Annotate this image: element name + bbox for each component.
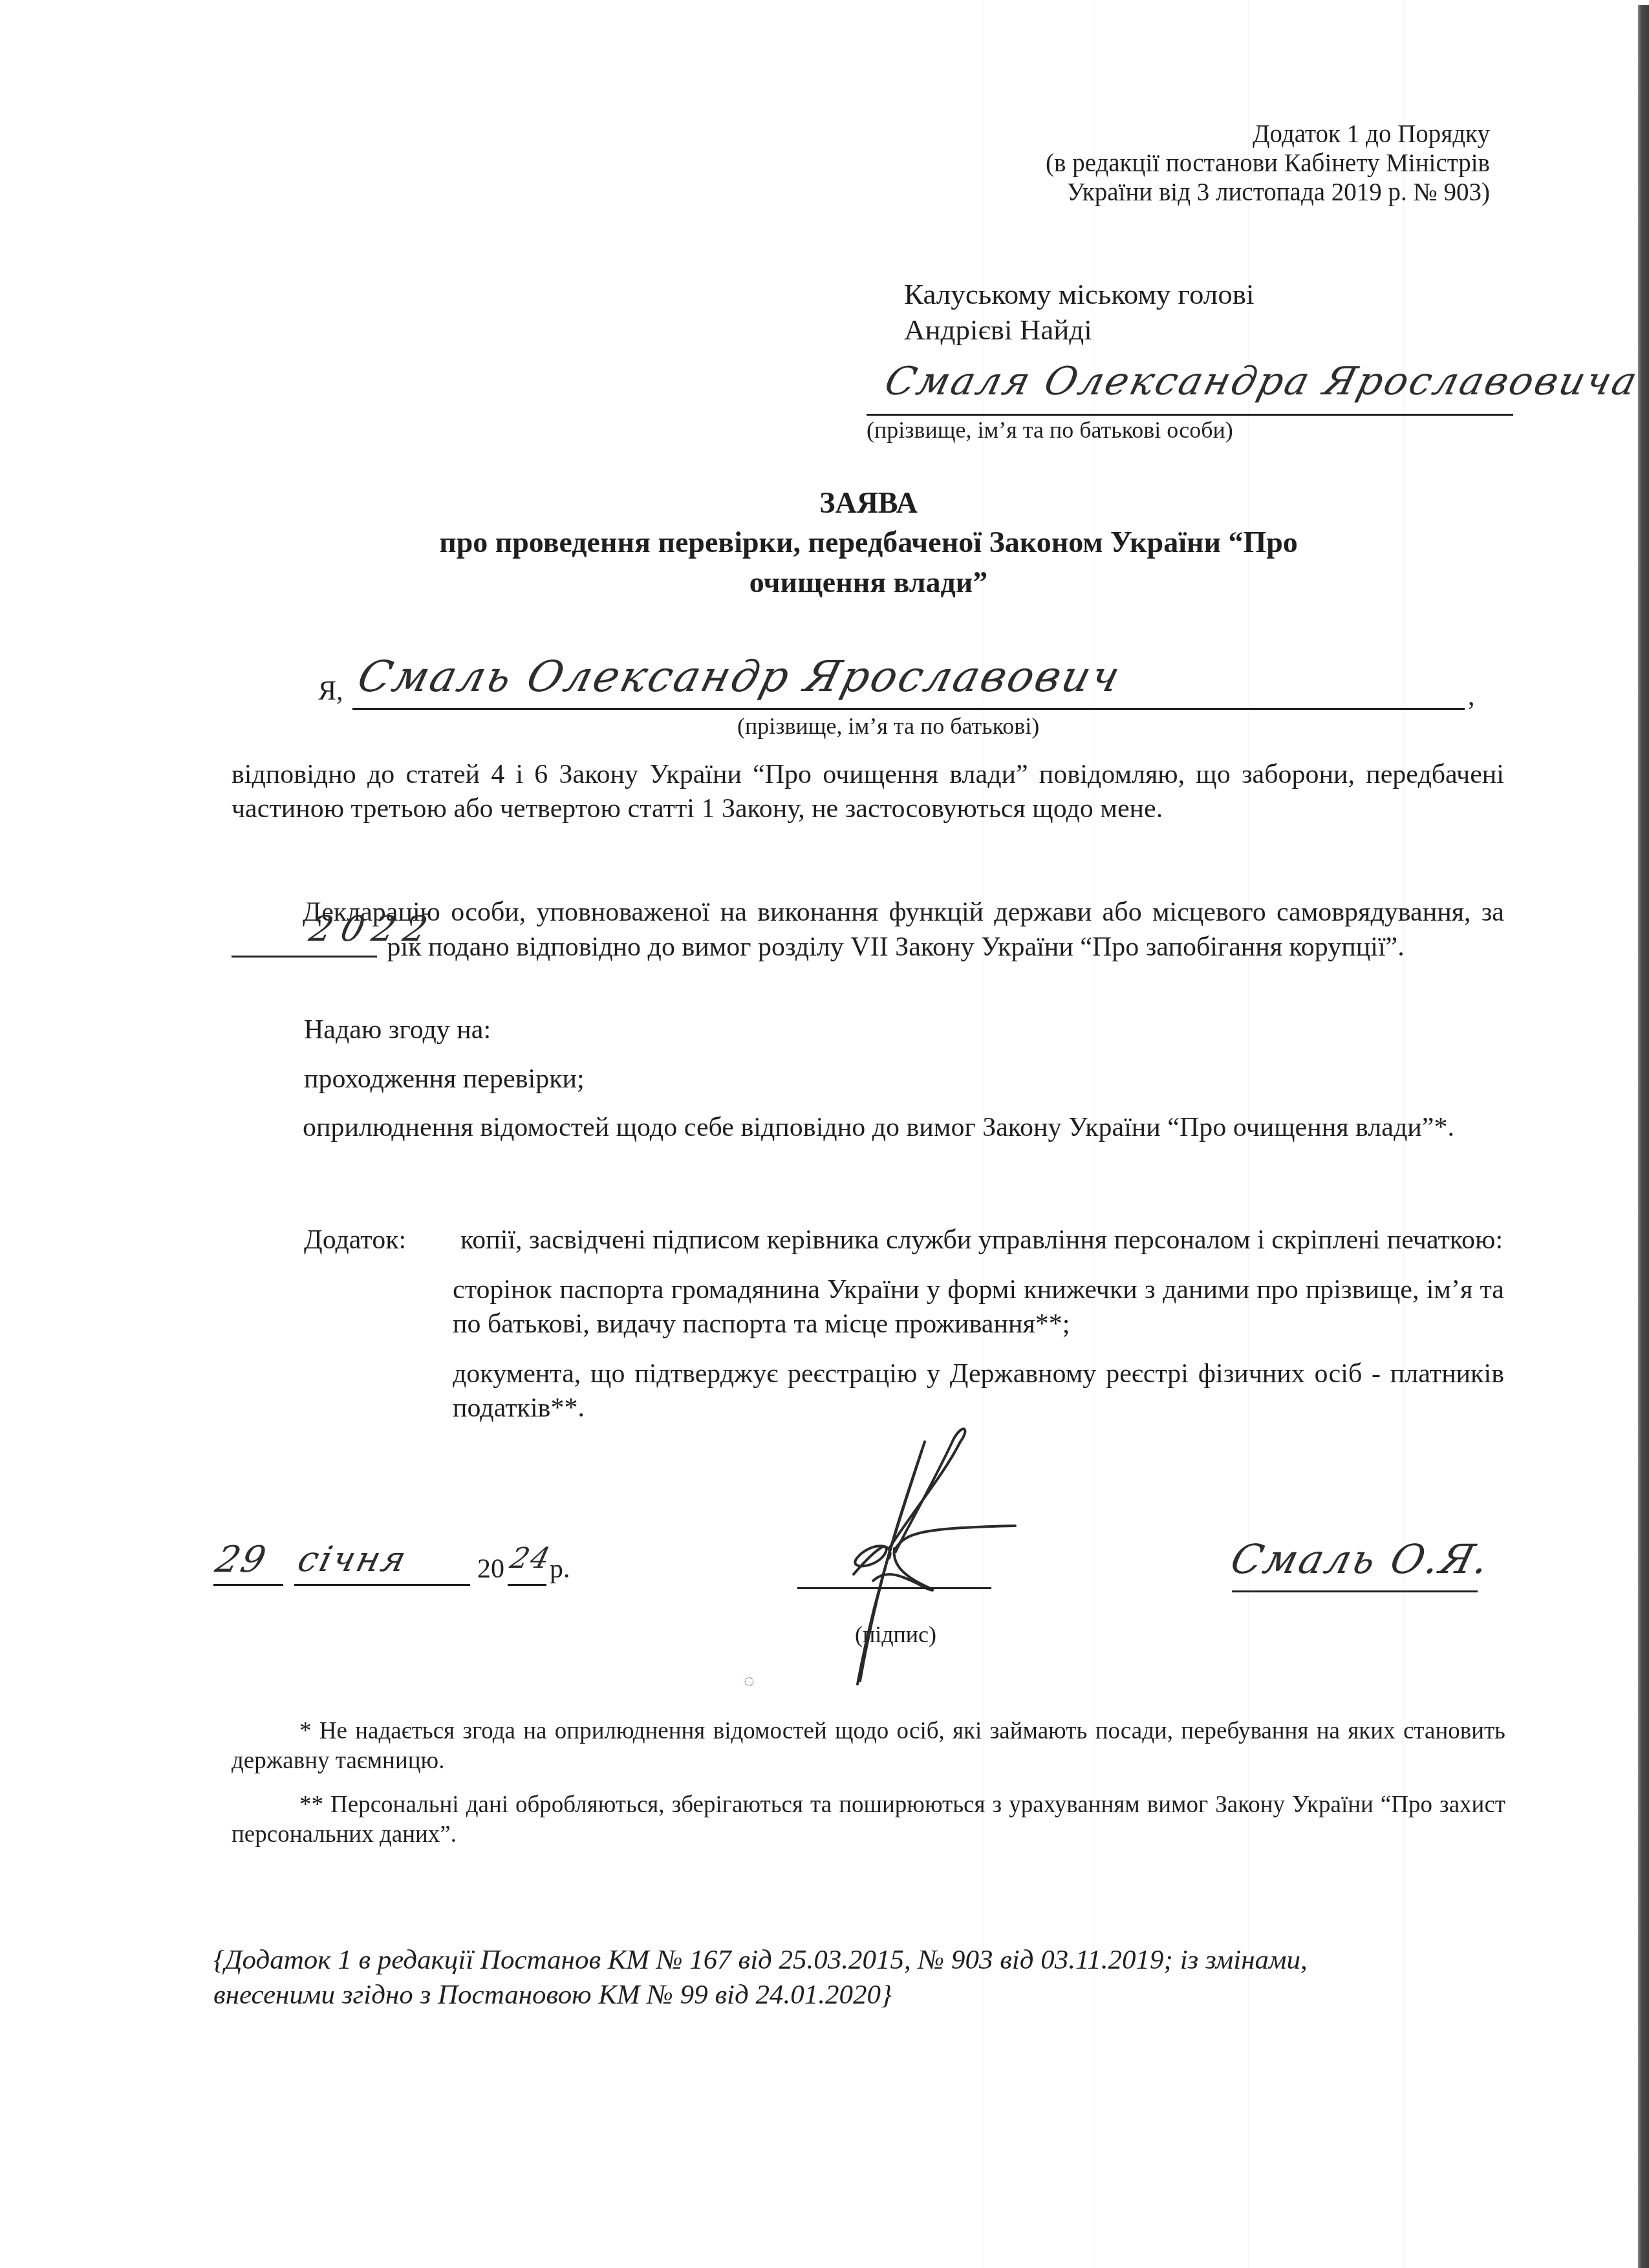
attachment-label: Додаток: bbox=[304, 1223, 406, 1257]
consent-item-verification: проходження перевірки; bbox=[304, 1062, 585, 1097]
date-day-underline bbox=[213, 1584, 283, 1586]
date-month-underline bbox=[294, 1584, 470, 1586]
attachment-list: копії, засвідчені підписом керівника слу… bbox=[453, 1223, 1504, 1441]
declarant-suffix: , bbox=[1468, 679, 1475, 714]
date-month-handwritten: січня bbox=[294, 1539, 412, 1579]
amendment-note-line1: {Додаток 1 в редакції Постанов КМ № 167 … bbox=[213, 1943, 1507, 1978]
statement-paragraph: відповідно до статей 4 і 6 Закону Україн… bbox=[232, 758, 1504, 826]
date-year-unit: р. bbox=[550, 1552, 570, 1587]
date-year-prefix: 20 bbox=[477, 1552, 504, 1587]
signature-underline bbox=[797, 1587, 991, 1589]
scan-edge-shadow bbox=[1638, 5, 1649, 2268]
declaration-text-before: Декларацію особи, уповноваженої на викон… bbox=[303, 897, 1504, 927]
applicant-name-handwritten: Смаля Олександра Ярославовича bbox=[880, 359, 1643, 404]
statement-text: відповідно до статей 4 і 6 Закону Україн… bbox=[232, 758, 1504, 826]
header-note-line3: України від 3 листопада 2019 р. № 903) bbox=[905, 178, 1490, 207]
header-note: Додаток 1 до Порядку (в редакції постано… bbox=[905, 120, 1490, 207]
amendment-note-line2: внесеними згідно з Постановою КМ № 99 ві… bbox=[213, 1978, 1507, 2013]
declarant-name-handwritten: Смаль Олександр Ярославович bbox=[352, 652, 1126, 701]
declarant-name-underline bbox=[352, 708, 1465, 710]
signature-caption: (підпис) bbox=[855, 1621, 936, 1647]
stamp-trace-mark: ◌ bbox=[744, 1671, 755, 1692]
attachment-item: сторінок паспорта громадянина України у … bbox=[453, 1273, 1504, 1342]
declaration-text: Декларацію особи, уповноваженої на викон… bbox=[232, 895, 1504, 965]
consent-item-publication: оприлюднення відомостей щодо себе відпов… bbox=[232, 1111, 1504, 1145]
footnotes: * Не надається згода на оприлюднення від… bbox=[232, 1717, 1505, 1864]
applicant-name-underline bbox=[867, 414, 1513, 416]
declaration-year-field: 2022 bbox=[232, 930, 380, 956]
declaration-year-handwritten: 2022 bbox=[235, 912, 440, 946]
signer-name-handwritten: Смаль О.Я. bbox=[1226, 1535, 1496, 1583]
date-year-underline bbox=[508, 1584, 546, 1586]
declarant-caption: (прізвище, ім’я та по батькові) bbox=[737, 713, 1039, 739]
amendment-note: {Додаток 1 в редакції Постанов КМ № 167 … bbox=[213, 1943, 1507, 2013]
declaration-year-underline bbox=[232, 956, 377, 957]
declaration-text-after: рік подано відповідно до вимог розділу V… bbox=[387, 932, 1405, 962]
addressee-line2: Андрієві Найді bbox=[904, 312, 1255, 348]
title-subtitle-line1: про проведення перевірки, передбаченої З… bbox=[232, 522, 1505, 562]
declaration-paragraph: Декларацію особи, уповноваженої на викон… bbox=[232, 895, 1504, 965]
applicant-caption: (прізвище, ім’я та по батькові особи) bbox=[867, 417, 1233, 443]
declarant-prefix: Я, bbox=[318, 674, 343, 709]
consent-item-publication-block: оприлюднення відомостей щодо себе відпов… bbox=[232, 1111, 1504, 1145]
date-year-suffix-handwritten: 24 bbox=[507, 1542, 555, 1575]
footnote-2: ** Персональні дані обробляються, зберіг… bbox=[232, 1790, 1505, 1850]
header-note-line2: (в редакції постанови Кабінету Міністрів bbox=[905, 149, 1490, 178]
footnote-1: * Не надається згода на оприлюднення від… bbox=[232, 1717, 1505, 1776]
document-title: ЗАЯВА про проведення перевірки, передбач… bbox=[232, 484, 1505, 603]
signature-scribble bbox=[776, 1422, 1048, 1694]
addressee: Калуському міському голові Андрієві Найд… bbox=[904, 277, 1255, 348]
attachment-item: документа, що підтверджує реєстрацію у Д… bbox=[453, 1357, 1504, 1426]
signer-name-underline bbox=[1232, 1590, 1478, 1592]
title-subtitle-line2: очищення влади” bbox=[232, 562, 1505, 603]
attachment-item: копії, засвідчені підписом керівника слу… bbox=[453, 1223, 1504, 1257]
title-main: ЗАЯВА bbox=[232, 484, 1505, 522]
date-day-handwritten: 29 bbox=[211, 1539, 272, 1581]
header-note-line1: Додаток 1 до Порядку bbox=[905, 120, 1490, 149]
consent-intro: Надаю згоду на: bbox=[304, 1013, 491, 1047]
addressee-line1: Калуському міському голові bbox=[904, 277, 1255, 312]
